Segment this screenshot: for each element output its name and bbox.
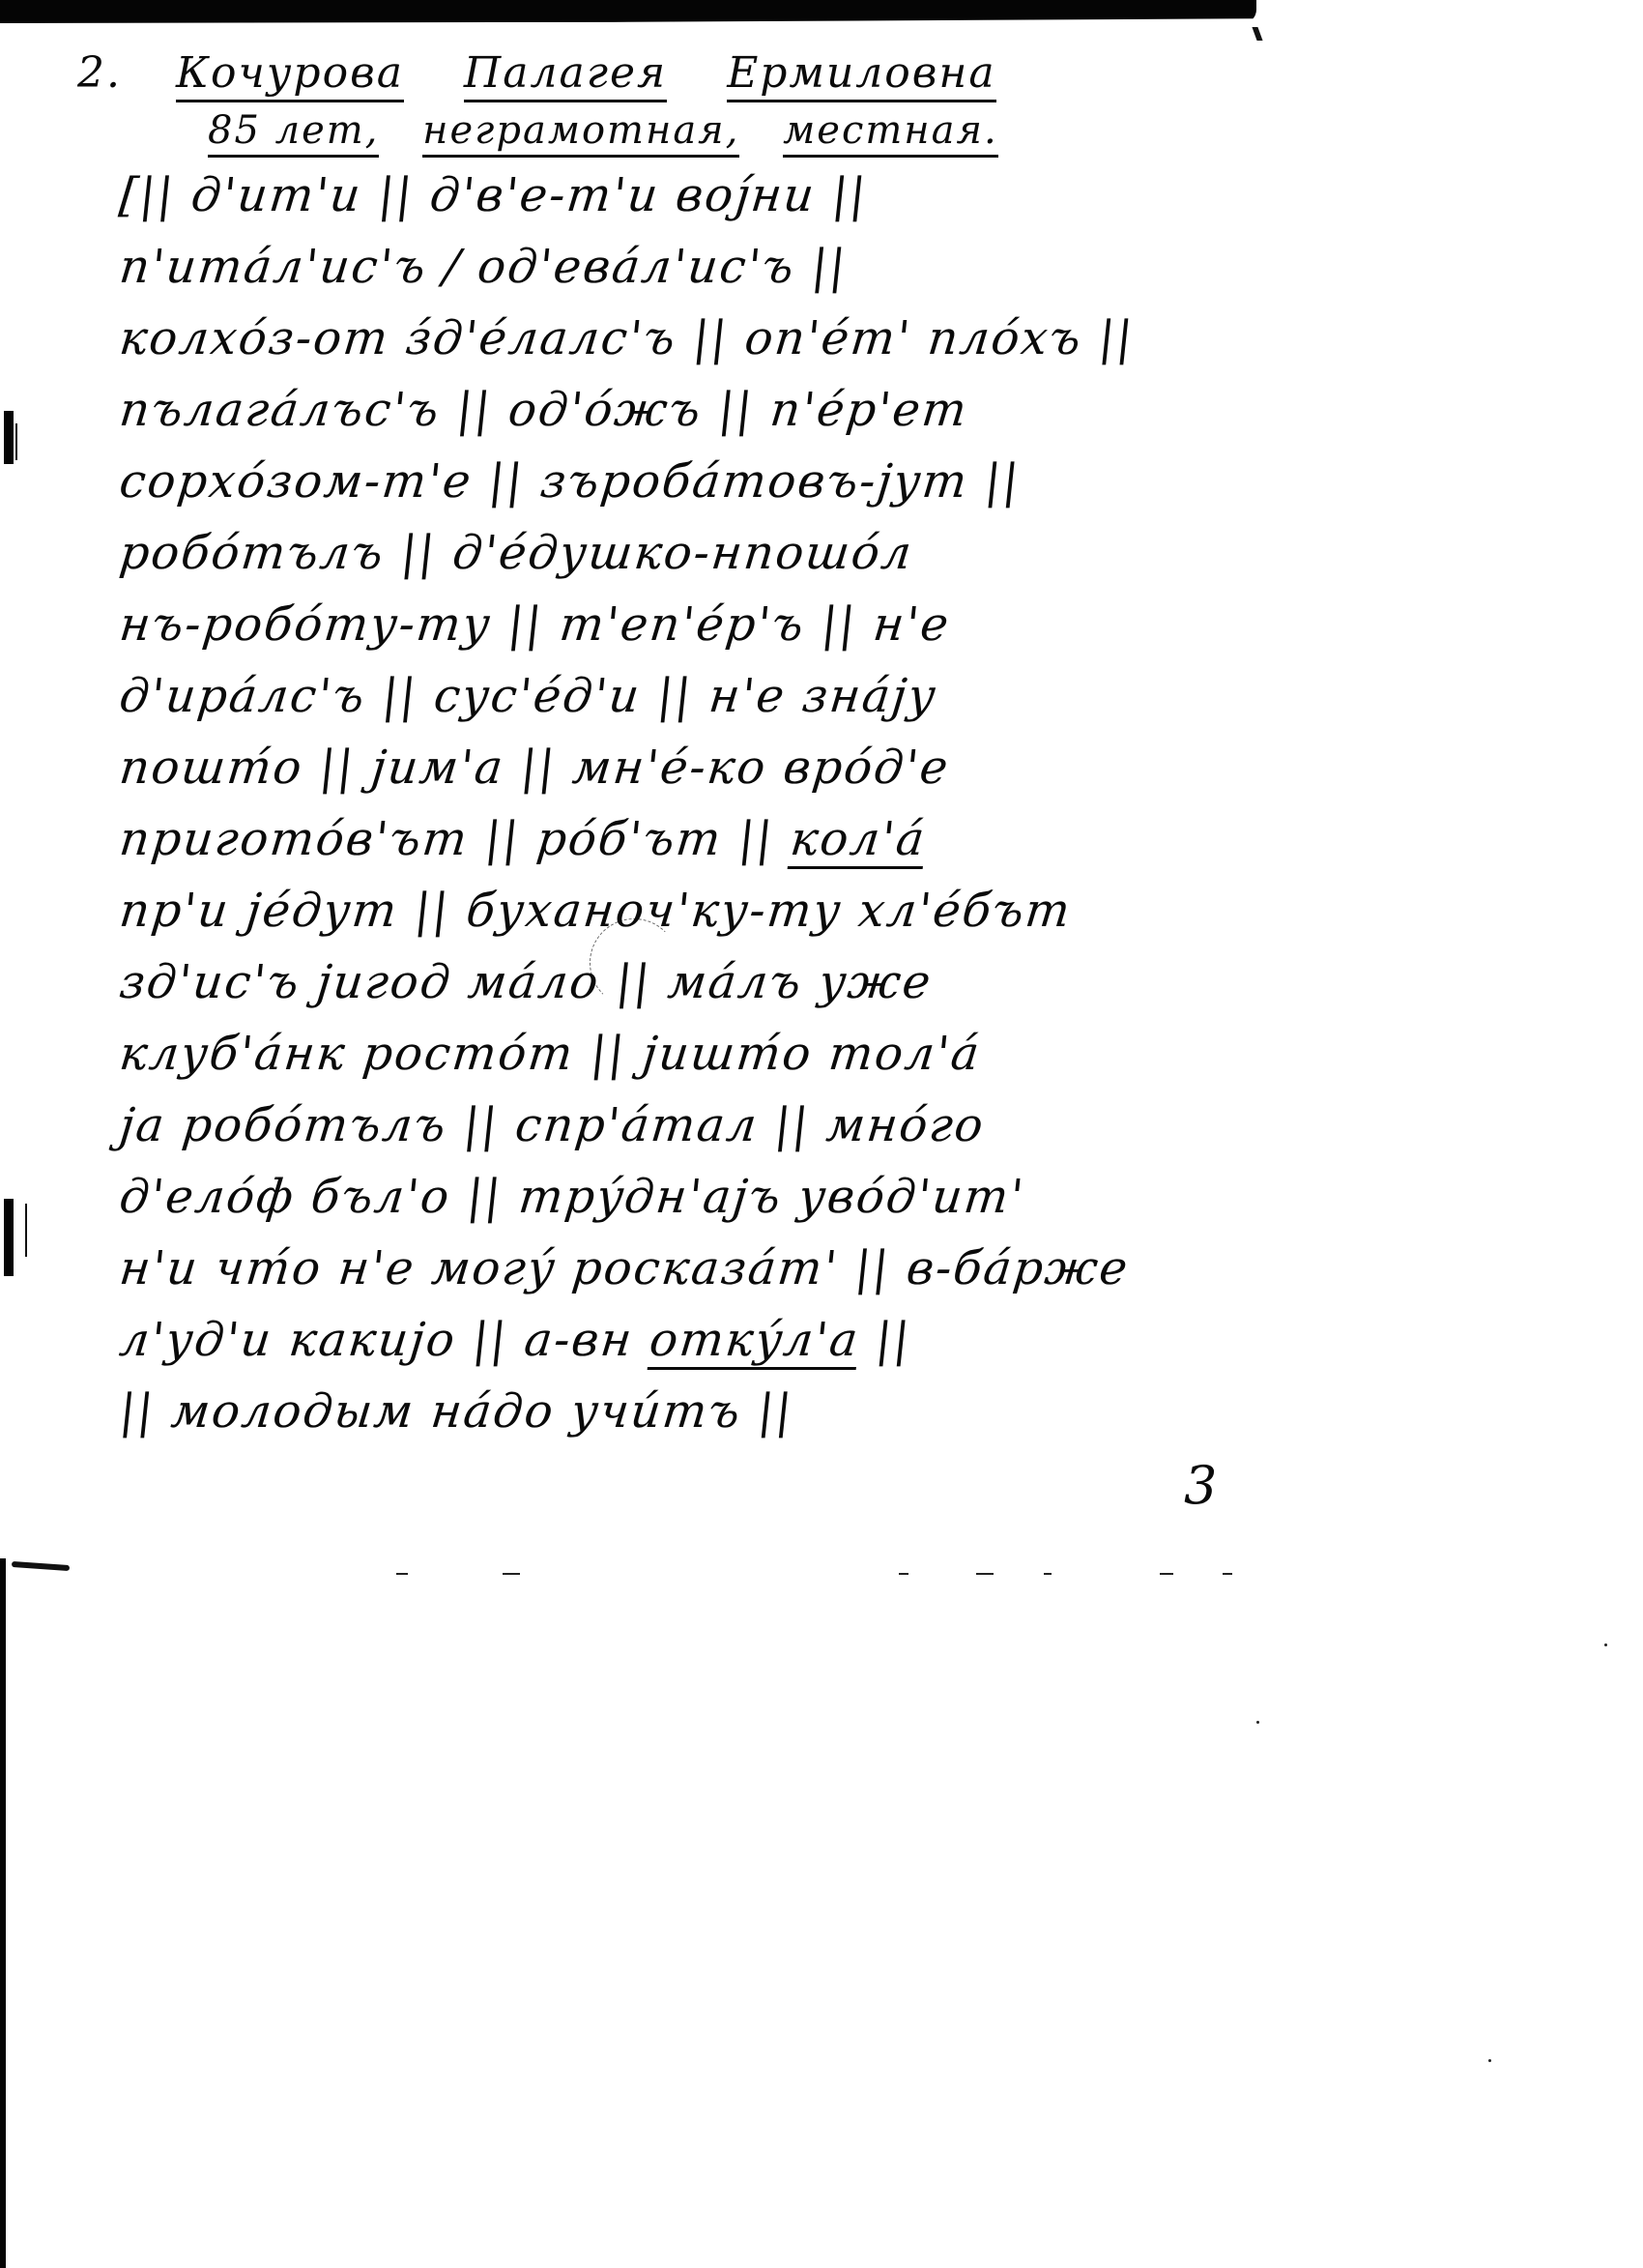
speaker-literacy: неграмотная,	[422, 108, 739, 158]
edge-dash	[1160, 1573, 1173, 1575]
transcript-line: зд'ис'ъ јигод мáло || мáлъ уже	[116, 946, 1283, 1018]
transcript-line: приготóв'ът || рóб'ът || кол'á	[116, 803, 1283, 875]
edge-dash	[1223, 1573, 1232, 1575]
transcript-line: н'и чт́о н'е могý росказáт' || в-бáрже	[116, 1233, 1283, 1304]
speaker-first-name: Палагея	[464, 48, 667, 102]
transcription-body: [|| д'ит'и || д'в'е-т'и вој́ни || п'итáл…	[116, 160, 1276, 1447]
transcript-line: || молодым нáдо учи́тъ ||	[116, 1376, 1283, 1447]
scan-top-edge-shadow	[0, 0, 1256, 23]
transcript-line: [|| д'ит'и || д'в'е-т'и вој́ни ||	[116, 160, 1283, 231]
transcript-line: пълагáлъс'ъ || од'óжъ || п'éр'ет	[116, 374, 1283, 446]
edge-dash	[396, 1573, 408, 1575]
underlined-word: кол'á	[788, 812, 929, 869]
speaker-patronymic: Ермиловна	[727, 48, 995, 102]
item-number: 2.	[77, 48, 122, 98]
speaker-surname: Кочурова	[176, 48, 404, 102]
speaker-age: 85 лет,	[208, 108, 379, 158]
margin-line-lower	[25, 1204, 27, 1257]
transcript-line: пр'и јéдут || буханоч'ку-ту хл'éбът	[116, 875, 1283, 946]
scan-corner-mark	[1252, 27, 1262, 41]
scan-left-edge-shadow	[0, 1558, 6, 2268]
scanned-page: 2. Кочурова Палагея Ермиловна 85 лет, не…	[0, 0, 1276, 1595]
speaker-origin: местная.	[783, 108, 998, 158]
scan-speck	[1256, 1721, 1259, 1724]
speaker-details-line: 85 лет, неграмотная, местная.	[208, 108, 1027, 153]
transcript-line: нъ-робóту-ту || т'еп'éр'ъ || н'е	[116, 589, 1283, 660]
binding-hole-mark-lower	[4, 1199, 14, 1276]
transcript-line: ја робóтълъ || спр'áтал || мнóго	[116, 1090, 1283, 1161]
transcript-line: пошт́о || јим'а || мн'é-ко врóд'е	[116, 732, 1283, 803]
transcript-line: п'итáл'ис'ъ / од'евáл'ис'ъ ||	[116, 231, 1283, 303]
transcript-line: колхóз-от з́д'éлалс'ъ || оп'éт' плóхъ ||	[116, 303, 1283, 374]
edge-dash	[976, 1573, 994, 1575]
transcript-line: сорхóзом-т'е || зъробáтовъ-јут ||	[116, 446, 1283, 517]
page-number: 3	[1184, 1455, 1219, 1516]
scan-bottom-edge-stroke	[12, 1561, 70, 1571]
edge-dash	[1044, 1573, 1052, 1575]
edge-dash	[899, 1573, 908, 1575]
margin-line-upper	[15, 423, 17, 460]
scan-speck	[1488, 2059, 1491, 2062]
transcript-line: клуб'áнк ростóт || јишт́о тол'á	[116, 1018, 1283, 1090]
underlined-word: откýл'а	[647, 1313, 862, 1370]
transcript-line: робóтълъ || д'éдушко-нпошóл	[116, 517, 1283, 589]
transcript-line: д'ирáлс'ъ || сус'éд'и || н'е знáју	[116, 660, 1283, 732]
edge-dash	[503, 1573, 520, 1575]
speaker-name-line: 2. Кочурова Палагея Ермиловна	[77, 48, 1041, 98]
transcript-line: д'елóф бъл'о || трýдн'ајъ увóд'ит'	[116, 1161, 1283, 1233]
scan-speck	[1604, 1643, 1607, 1646]
binding-hole-mark-upper	[4, 411, 14, 464]
transcript-line: л'уд'и какијо || а-вн откýл'а ||	[116, 1304, 1283, 1376]
